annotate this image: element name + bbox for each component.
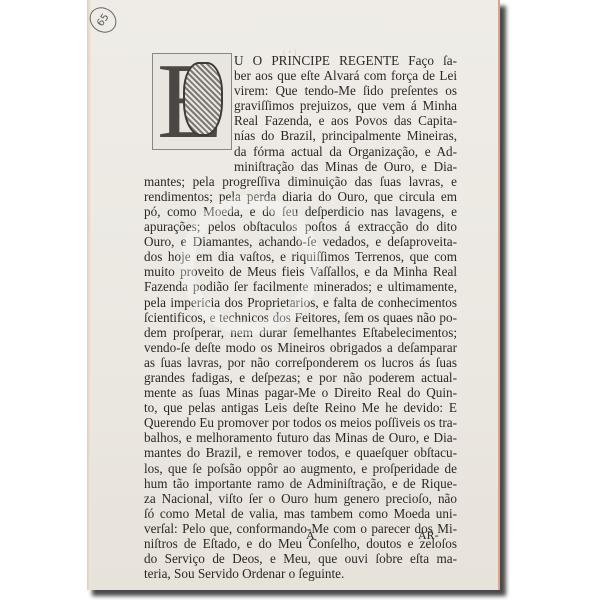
text-line: rendimentos; pela perda diaria do Ouro, … (144, 189, 457, 204)
text-line: los, que ſe poſsão oppôr ao augmento, e … (144, 461, 457, 476)
text-line: mente as ſuas Minas pagar-Me o Direito R… (144, 385, 457, 400)
text-line: nías do Brazil, principalmente Mineiras, (144, 128, 457, 143)
text-line: teria, Sou Servido Ordenar o ſeguinte. (144, 566, 457, 581)
text-line: niſtros de Eſtado, e do Meu Conſelho, do… (144, 536, 457, 551)
text-line: Fazenda podião ſer facilmente minerados;… (144, 279, 457, 294)
text-line: graviſſimos prejuizos, que vem á Minha (144, 98, 457, 113)
decree-text: U O PRINCIPE REGENTE Faço ſa-ber aos que… (144, 53, 457, 581)
text-line: pela impericia dos Proprietarios, e falt… (144, 295, 457, 310)
text-line: mantes do Brazil, e remover todos, e qua… (144, 445, 457, 460)
text-line: miniſtração das Minas de Ouro, e Dia- (144, 159, 457, 174)
text-line: da fórma actual da Organização, e Ad- (144, 144, 457, 159)
catchword: AR- (418, 528, 439, 543)
text-line: pó, como Moeda, e do ſeu deſperdicio nas… (144, 204, 457, 219)
text-line: dem proſperar, nem durar ſemelhantes Eſt… (144, 325, 457, 340)
text-line: vendo-ſe deſte modo os Mineiros obrigado… (144, 340, 457, 355)
text-line: virem: Que tendo-Me ſido preſentes os (144, 83, 457, 98)
text-line: Ouro, e Diamantes, achando-ſe vedados, e… (144, 234, 457, 249)
text-line: za Nacional, viſto ſer o Ouro hum genero… (144, 491, 457, 506)
text-line: U O PRINCIPE REGENTE Faço ſa- (144, 53, 457, 68)
text-line: ber aos que eſte Alvará com força de Lei (144, 68, 457, 83)
text-line: hum tão importante ramo de Adminiſtração… (144, 476, 457, 491)
text-line: dos hoje em dia vaſtos, e riquiſſimos Te… (144, 249, 457, 264)
text-line: as ſuas lavras, por não correſponderem o… (144, 355, 457, 370)
text-line: mantes; pela progreſſiva diminuição das … (144, 174, 457, 189)
text-line: Querendo Eu promover por todos os meios … (144, 415, 457, 430)
text-line: ſcientificos, e technicos dos Feitores, … (144, 310, 457, 325)
text-line: verſal: Pelo que, conformando-Me com o p… (144, 521, 457, 536)
text-line: muito proveito de Meus fieis Vaſſallos, … (144, 264, 457, 279)
text-line: to, que pelas antigas Leis deſte Reino M… (144, 400, 457, 415)
text-line: balhos, e melhoramento futuro das Minas … (144, 430, 457, 445)
text-line: ſó como Metal de valia, mas tambem como … (144, 506, 457, 521)
text-line: grandes fadigas, e deſpezas; e por não p… (144, 370, 457, 385)
signature-mark: A (306, 528, 315, 543)
text-line: apurações; pelos obſtaculos poſtos á ext… (144, 219, 457, 234)
text-line: do Serviço de Deos, e Meu, que ouvi ſobr… (144, 551, 457, 566)
text-line: Real Fazenda, e aos Povos das Capita- (144, 113, 457, 128)
